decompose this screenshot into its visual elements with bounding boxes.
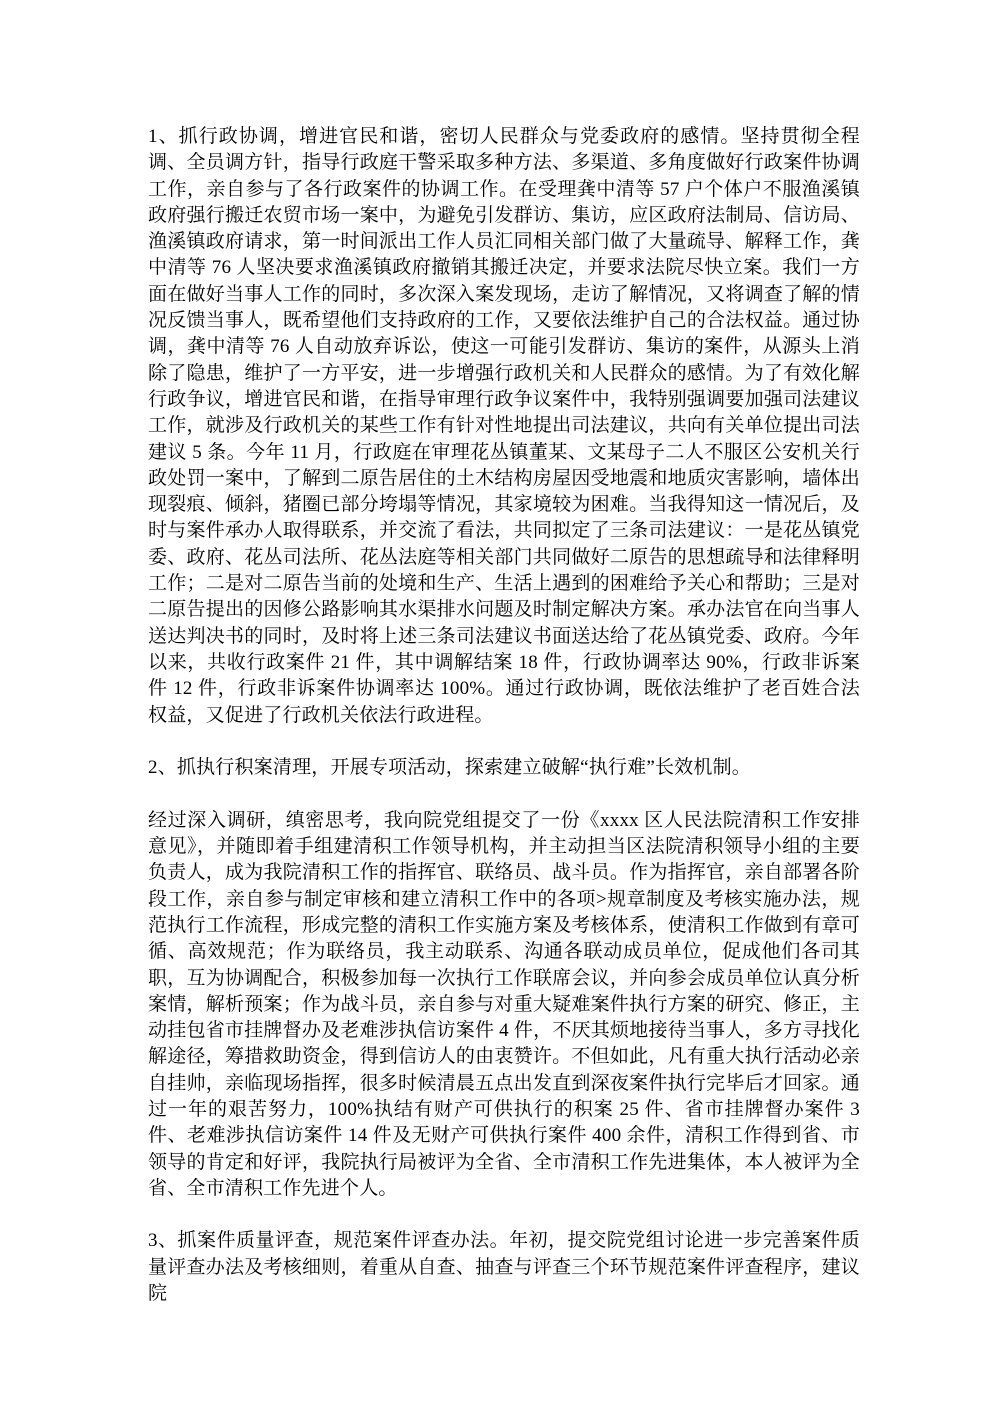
paragraph-2-enforcement-backlog-heading: 2、抓执行积案清理，开展专项活动，探索建立破解“执行难”长效机制。 (148, 755, 860, 781)
paragraph-3-backlog-clearing-work: 经过深入调研，缜密思考，我向院党组提交了一份《xxxx 区人民法院清积工作安排意… (148, 808, 860, 1202)
document-page: 1、抓行政协调，增进官民和谐，密切人民群众与党委政府的感情。坚持贯彻全程调、全员… (148, 124, 860, 1307)
paragraph-4-case-quality-review: 3、抓案件质量评查，规范案件评查办法。年初，提交院党组讨论进一步完善案件质量评查… (148, 1228, 860, 1307)
paragraph-1-administrative-coordination: 1、抓行政协调，增进官民和谐，密切人民群众与党委政府的感情。坚持贯彻全程调、全员… (148, 124, 860, 729)
